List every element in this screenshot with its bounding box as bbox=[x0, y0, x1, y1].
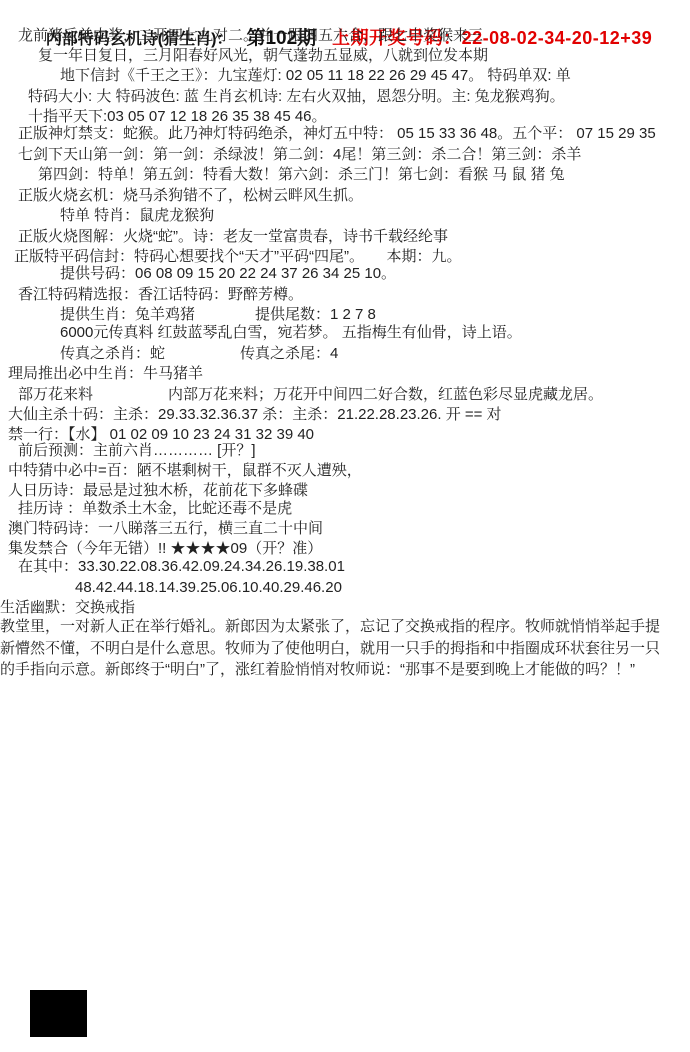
provided-numbers: 提供号码：06 08 09 15 20 22 24 37 26 34 25 10… bbox=[60, 264, 396, 283]
humor-paragraph-2: 新懵然不懂，不明白是什么意思。牧师为了使他明白，就用一只手的拇指和中指圈成环状套… bbox=[0, 639, 660, 658]
among-numbers-row-2: 48.42.44.18.14.39.25.06.10.40.29.46.20 bbox=[75, 578, 342, 597]
fire-diagram: 正版火烧图解：火烧“蛇”。诗：老友一堂富贵春，诗书千载经纶事 bbox=[18, 227, 448, 246]
seven-swords-line-2: 第四剑：特单！第五剑：特看大数！第六剑：杀三门！第七剑：看猴 马 鼠 猪 兔 bbox=[38, 165, 565, 184]
wanhua-material: 部万花来料 内部万花来料；万花开中间四二好合数，红蓝色彩尽显虎藏龙居。 bbox=[18, 385, 603, 404]
humor-paragraph-1: 教堂里，一对新人正在举行婚礼。新郎因为太紧张了，忘记了交换戒指的程序。牧师就悄悄… bbox=[0, 617, 660, 636]
special-code-attributes: 特码大小: 大 特码波色: 蓝 生肖玄机诗: 左右火双抽，恩怨分明。主: 兔龙猴… bbox=[28, 87, 565, 106]
underground-envelope: 地下信封《千王之王》：九宝莲灯: 02 05 11 18 22 26 29 45… bbox=[60, 66, 571, 85]
hongkong-special-report: 香江特码精选报：香江话特码：野醉芳樽。 bbox=[18, 285, 303, 304]
lottery-tip-sheet: 内部特码玄机诗(猜生肖)：第102期上期开奖号码：22-08-02-34-20-… bbox=[0, 0, 690, 1052]
fax-kill-zodiac-tail: 传真之杀肖：蛇 传真之杀尾：4 bbox=[60, 344, 338, 363]
poem-line-2: 复一年日复日，三月阳春好风光，朝气蓬勃五显威，八就到位发本期 bbox=[38, 46, 488, 65]
seven-swords-line-1: 七剑下天山第一剑：第一剑：杀绿波！第二剑：4尾！第三剑：杀二合！第三剑：杀羊 bbox=[18, 145, 581, 164]
bureau-must-hit-zodiac: 理局推出必中生肖：牛马猪羊 bbox=[8, 364, 203, 383]
humor-title: 生活幽默：交换戒指 bbox=[0, 598, 135, 617]
fax-6000-material: 6000元传真料 红鼓蓝琴乱白雪，宛若梦。 五指梅生有仙骨，诗上语。 bbox=[60, 323, 522, 342]
poem-line-1: 龙前猪后羊中奖，二开四七九对二。并一跟四五六合，跟七中奖猴来三 bbox=[18, 26, 483, 45]
macau-special-poem: 澳门特码诗：一八睇落三五行，横三直二十中间 bbox=[8, 519, 323, 538]
fire-mystery: 正版火烧玄机：烧马杀狗错不了，松树云畔风生抓。 bbox=[18, 186, 363, 205]
mid-special-must-hit: 中特猜中必中=百：陋不堪剩树干，鼠群不灭人遭殃， bbox=[8, 461, 362, 480]
special-single-zodiac: 特单 特肖：鼠虎龙猴狗 bbox=[60, 206, 214, 225]
black-square bbox=[30, 990, 87, 1037]
magic-lamp-forbidden: 正版神灯禁支：蛇猴。此乃神灯特码绝杀，神灯五中特： 05 15 33 36 48… bbox=[18, 124, 656, 143]
jifa-forbidden-stars: 集发禁合（今年无错）!! ★★★★09（开？准） bbox=[8, 539, 322, 558]
calendar-poem: 人日历诗：最忌是过独木桥，花前花下多蜂碟 bbox=[8, 481, 308, 500]
provided-zodiac-tails: 提供生肖：兔羊鸡猪 提供尾数：1 2 7 8 bbox=[60, 305, 376, 324]
wall-calendar-poem: 挂历诗 ：单数杀土木金，比蛇还毒不是虎 bbox=[18, 499, 292, 518]
before-after-forecast: 前后预测：主前六肖………… [开？] bbox=[18, 441, 256, 460]
immortal-kill-ten-codes: 大仙主杀十码：主杀：29.33.32.36.37 杀：主杀：21.22.28.2… bbox=[8, 405, 502, 424]
among-numbers-row-1: 在其中：33.30.22.08.36.42.09.24.34.26.19.38.… bbox=[18, 557, 345, 576]
humor-paragraph-3: 的手指向示意。新郎终于“明白”了，涨红着脸悄悄对牧师说：“那事不是要到晚上才能做… bbox=[0, 660, 635, 679]
